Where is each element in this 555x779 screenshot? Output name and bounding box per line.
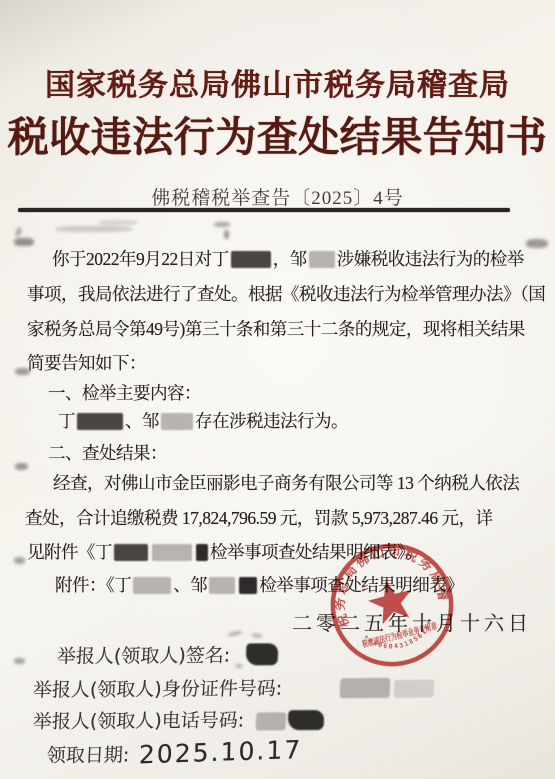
footer-line: 领取日期:2025.10.17 (46, 737, 303, 768)
footer-line: 举报人(领取人)签名: (56, 640, 279, 669)
redaction-block (256, 712, 287, 730)
footer-handwritten-block: 举报人(领取人)签名:举报人(领取人)身份证件号码:举报人(领取人)电话号码:领… (0, 0, 555, 779)
redaction-block (394, 680, 435, 698)
footer-line: 举报人(领取人)身份证件号码: (32, 673, 435, 703)
footer-label: 举报人(领取人)签名: (56, 645, 230, 668)
footer-line: 举报人(领取人)电话号码: (32, 705, 325, 734)
redaction-block (246, 643, 279, 665)
tax-notice-document: 国家税务总局佛山市税务局稽查局 税收违法行为查处结果告知书 佛税稽税举查告〔20… (0, 0, 555, 779)
redaction-block (288, 710, 325, 730)
footer-label: 举报人(领取人)身份证件号码: (32, 678, 282, 702)
footer-label: 领取日期: (46, 744, 129, 767)
footer-label: 举报人(领取人)电话号码: (32, 710, 244, 733)
claim-date-value: 2025.10.17 (139, 735, 303, 769)
seal-star-icon (364, 574, 417, 626)
